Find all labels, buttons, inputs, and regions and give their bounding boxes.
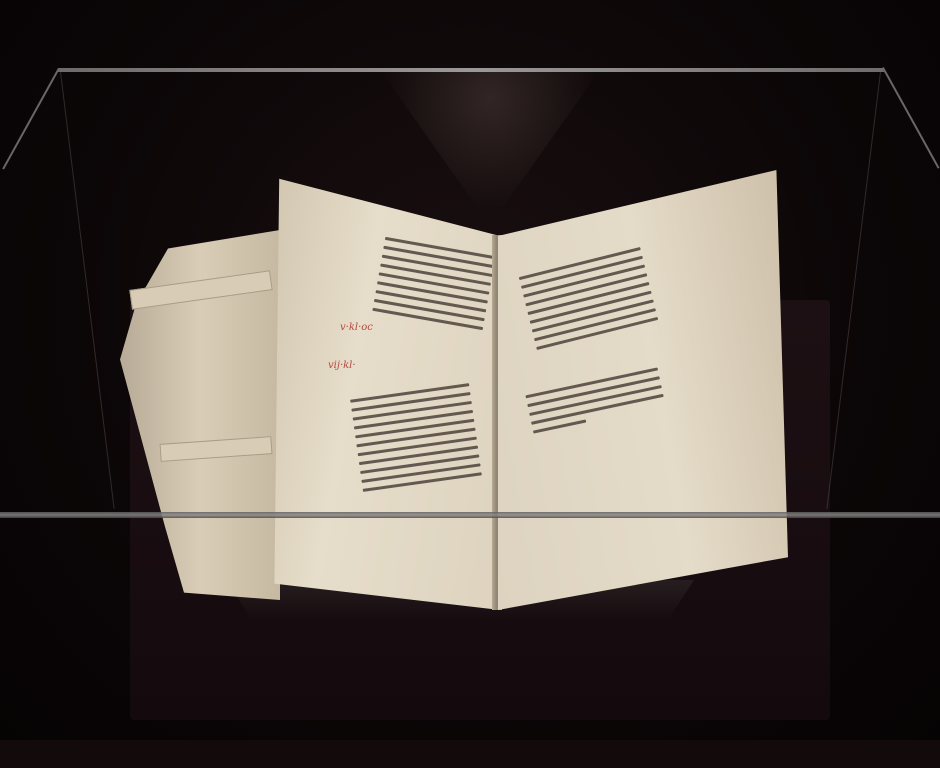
glass-case-left-edge bbox=[0, 68, 60, 768]
right-page-text-upper bbox=[517, 241, 659, 356]
manuscript-book: v·kl·oc vij·kl· bbox=[120, 170, 800, 630]
case-inner-edge-left bbox=[60, 72, 115, 509]
floor bbox=[0, 740, 940, 768]
rubric-marker: vij·kl· bbox=[328, 360, 356, 371]
left-page-text-lower bbox=[349, 377, 482, 498]
rubric-marker: v·kl·oc bbox=[340, 322, 373, 333]
case-inner-edge-right bbox=[826, 72, 881, 509]
glass-case-top-edge bbox=[58, 68, 884, 72]
museum-display-background: v·kl·oc vij·kl· bbox=[0, 0, 940, 768]
glass-case-right-edge bbox=[882, 67, 940, 169]
glass-front-edge bbox=[0, 512, 940, 518]
left-page: v·kl·oc vij·kl· bbox=[260, 170, 500, 610]
right-page bbox=[498, 170, 788, 610]
right-page-text-lower bbox=[524, 362, 667, 440]
left-page-text-upper bbox=[371, 231, 496, 336]
